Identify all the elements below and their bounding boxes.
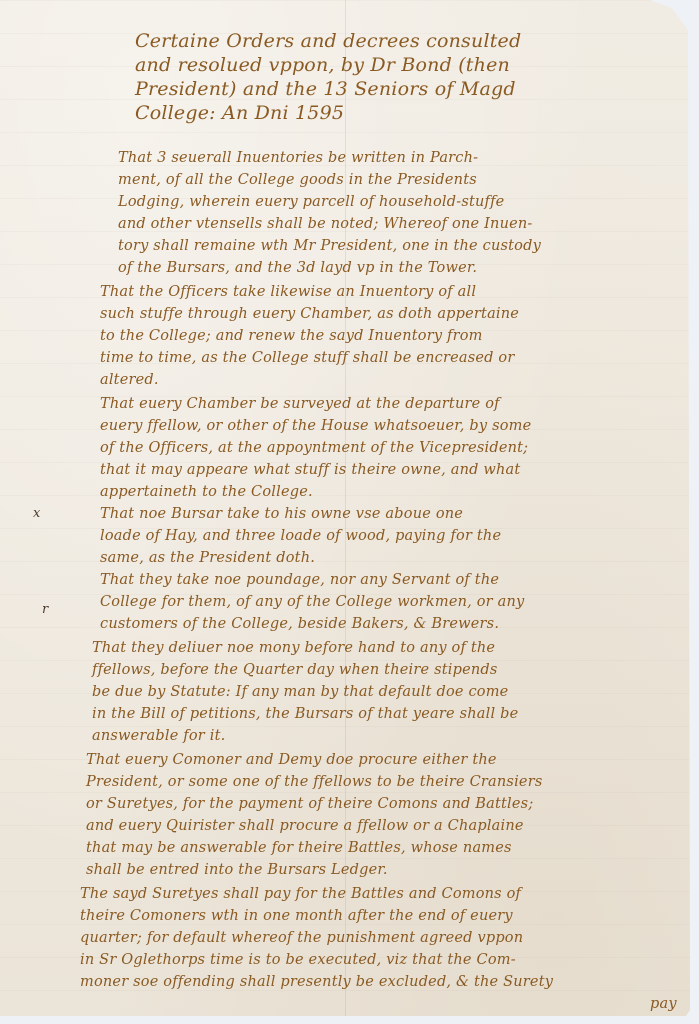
para-8-line-3: quarter; for default whereof the punishm… (80, 930, 523, 946)
para-7-line-2: President, or some one of the ffellows t… (86, 774, 542, 790)
para-2-line-5: altered. (100, 372, 159, 388)
para-3-line-3: of the Officers, at the appoyntment of t… (100, 440, 528, 456)
para-2-line-4: time to time, as the College stuff shall… (100, 350, 515, 366)
para-7-line-6: shall be entred into the Bursars Ledger. (86, 862, 388, 878)
para-5-line-2: College for them, of any of the College … (100, 594, 524, 610)
para-2-line-1: That the Officers take likewise an Inuen… (100, 284, 476, 300)
para-4-line-1: That noe Bursar take to his owne vse abo… (100, 506, 463, 522)
para-8-line-1: The sayd Suretyes shall pay for the Batt… (80, 886, 521, 902)
para-6-line-4: in the Bill of petitions, the Bursars of… (92, 706, 518, 722)
para-7-line-3: or Suretyes, for the payment of theire C… (86, 796, 533, 812)
para-4-line-2: loade of Hay, and three loade of wood, p… (100, 528, 501, 544)
catchword: pay (650, 996, 677, 1012)
title-line-4: College: An Dni 1595 (135, 102, 344, 124)
para-7-line-5: that may be answerable for theire Battle… (86, 840, 512, 856)
para-5-line-3: customers of the College, beside Bakers,… (100, 616, 499, 632)
para-5-line-1: That they take noe poundage, nor any Ser… (100, 572, 499, 588)
para-1-line-6: of the Bursars, and the 3d layd vp in th… (118, 260, 477, 276)
para-3-line-2: euery ffellow, or other of the House wha… (100, 418, 531, 434)
para-8-line-4: in Sr Oglethorps time is to be executed,… (80, 952, 516, 968)
title-line-1: Certaine Orders and decrees consulted (135, 30, 521, 52)
margin-mark-x: x (33, 506, 40, 521)
para-2-line-2: such stuffe through euery Chamber, as do… (100, 306, 519, 322)
para-1-line-5: tory shall remaine wth Mr President, one… (118, 238, 541, 254)
para-8-line-2: theire Comoners wth in one month after t… (80, 908, 513, 924)
para-4-line-3: same, as the President doth. (100, 550, 315, 566)
para-6-line-2: ffellows, before the Quarter day when th… (92, 662, 498, 678)
para-7-line-4: and euery Quirister shall procure a ffel… (86, 818, 524, 834)
title-line-2: and resolued vppon, by Dr Bond (then (135, 54, 510, 76)
para-6-line-1: That they deliuer noe mony before hand t… (92, 640, 495, 656)
para-1-line-4: and other vtensells shall be noted; Wher… (118, 216, 533, 232)
para-3-line-5: appertaineth to the College. (100, 484, 313, 500)
para-6-line-3: be due by Statute: If any man by that de… (92, 684, 508, 700)
para-1-line-1: That 3 seuerall Inuentories be written i… (118, 150, 478, 166)
manuscript-page: Certaine Orders and decrees consulted an… (0, 0, 691, 1018)
para-8-line-5: moner soe offending shall presently be e… (80, 974, 553, 990)
para-1-line-3: Lodging, wherein euery parcell of househ… (118, 194, 504, 210)
para-2-line-3: to the College; and renew the sayd Inuen… (100, 328, 483, 344)
margin-mark-r: r (42, 602, 48, 617)
para-3-line-1: That euery Chamber be surveyed at the de… (100, 396, 500, 412)
title-line-3: President) and the 13 Seniors of Magd (135, 78, 516, 100)
para-7-line-1: That euery Comoner and Demy doe procure … (86, 752, 497, 768)
para-3-line-4: that it may appeare what stuff is theire… (100, 462, 520, 478)
para-1-line-2: ment, of all the College goods in the Pr… (118, 172, 477, 188)
para-6-line-5: answerable for it. (92, 728, 225, 744)
